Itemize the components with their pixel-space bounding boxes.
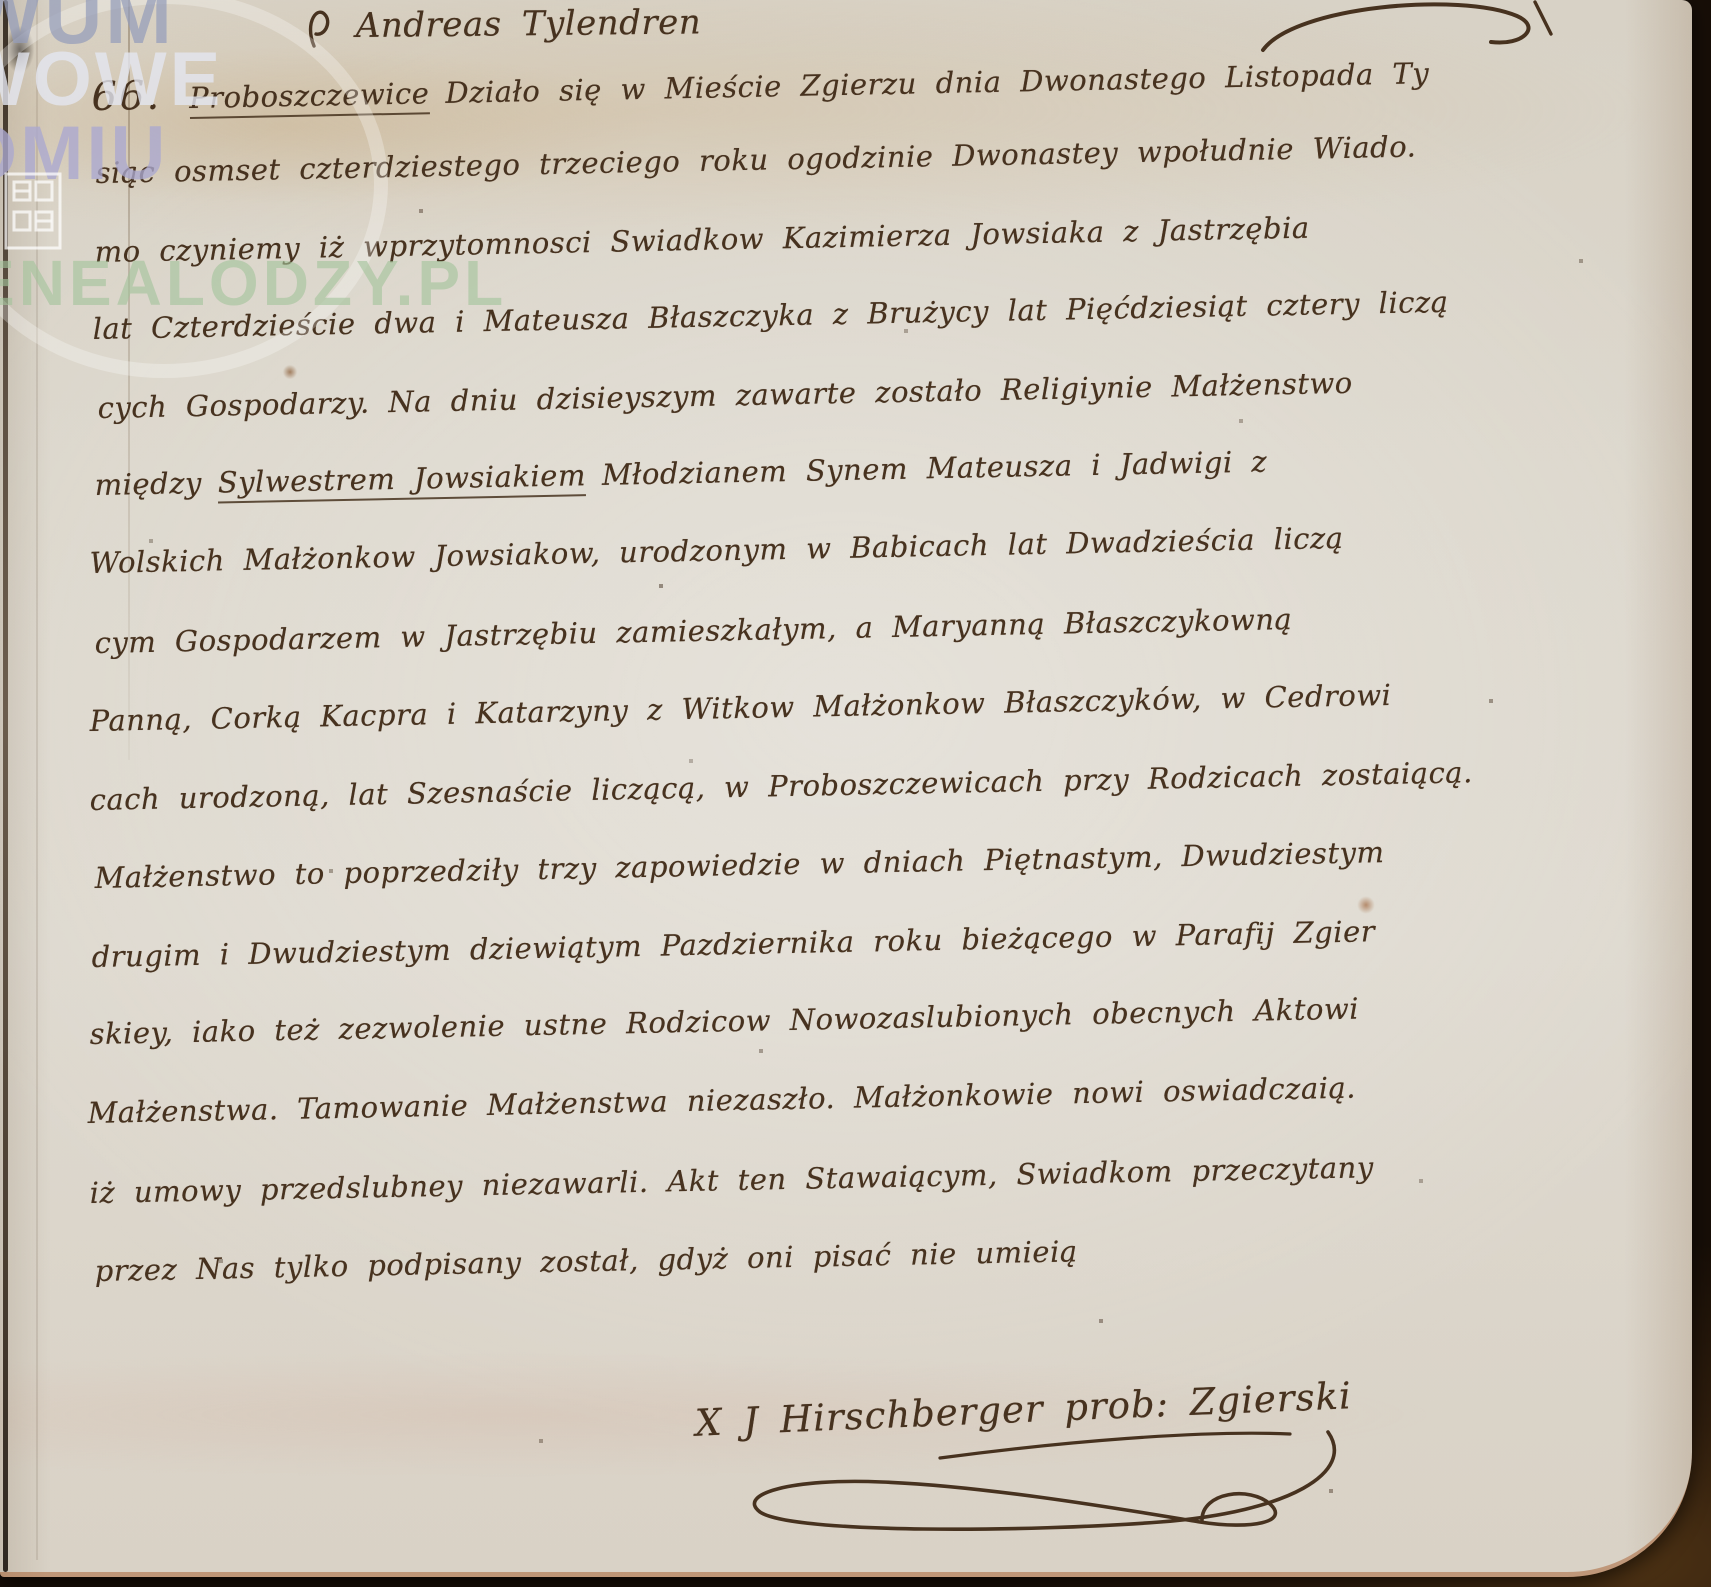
record-text-line: Małżenstwo to poprzedziły trzy zapowiedz… xyxy=(94,835,1384,895)
record-text-line: Panną, Corką Kacpra i Katarzyny z Witkow… xyxy=(89,678,1391,738)
record-text-line: drugim i Dwudziestym dziewiątym Pazdzier… xyxy=(91,914,1375,974)
priest-signature: X J Hirschberger prob: Zgierski xyxy=(694,1374,1352,1444)
record-text-line: siąc osmset czterdziestego trzeciego rok… xyxy=(95,129,1416,190)
signature-flourish xyxy=(730,1428,1370,1568)
previous-entry-name: Andreas Tylendren xyxy=(356,2,702,46)
record-text-line: 66.ProboszczewiceDziało się w Mieście Zg… xyxy=(91,47,1429,120)
record-text-line: skiey, iako też zezwolenie ustne Rodzico… xyxy=(89,992,1359,1051)
record-text-line: Wolskich Małżonkow Jowsiakow, urodzonym … xyxy=(89,521,1344,580)
line-text: między xyxy=(94,466,202,502)
line-text: Działo się w Mieście Zgierzu dnia Dwonas… xyxy=(445,56,1429,110)
groom-names-underlined: Sylwestrem Jowsiakiem xyxy=(217,458,586,503)
previous-entry-stroke xyxy=(300,0,350,52)
record-text-line: mo czyniemy iż wprzytomnosci Swiadkow Ka… xyxy=(94,211,1310,269)
record-text-line: lat Czterdzieście dwa i Mateusza Błaszcz… xyxy=(92,285,1448,346)
record-text-line: iż umowy przedslubney niezawarli. Akt te… xyxy=(89,1150,1374,1210)
record-text-line: cych Gospodarzy. Na dniu dzisieyszym zaw… xyxy=(97,366,1353,425)
handwritten-record: Andreas Tylendren 66.ProboszczewiceDział… xyxy=(0,0,1692,1572)
entry-number: 66. xyxy=(91,73,162,120)
record-text-line: Małżenstwa. Tamowanie Małżenstwa niezasz… xyxy=(87,1071,1356,1130)
register-page: Andreas Tylendren 66.ProboszczewiceDział… xyxy=(0,0,1692,1577)
record-text-line: przez Nas tylko podpisany został, gdyż o… xyxy=(94,1234,1078,1288)
record-text-line: międzySylwestrem JowsiakiemMłodzianem Sy… xyxy=(94,444,1267,502)
line-text: Młodzianem Synem Mateusza i Jadwigi z xyxy=(602,444,1268,491)
place-name-underlined: Proboszczewice xyxy=(189,76,430,119)
record-text-line: cach urodzoną, lat Szesnaście liczącą, w… xyxy=(89,755,1473,817)
record-text-line: cym Gospodarzem w Jastrzębiu zamieszkały… xyxy=(94,602,1292,660)
scanned-document-photo: { "record": { "previous_entry_name": "An… xyxy=(0,0,1711,1587)
